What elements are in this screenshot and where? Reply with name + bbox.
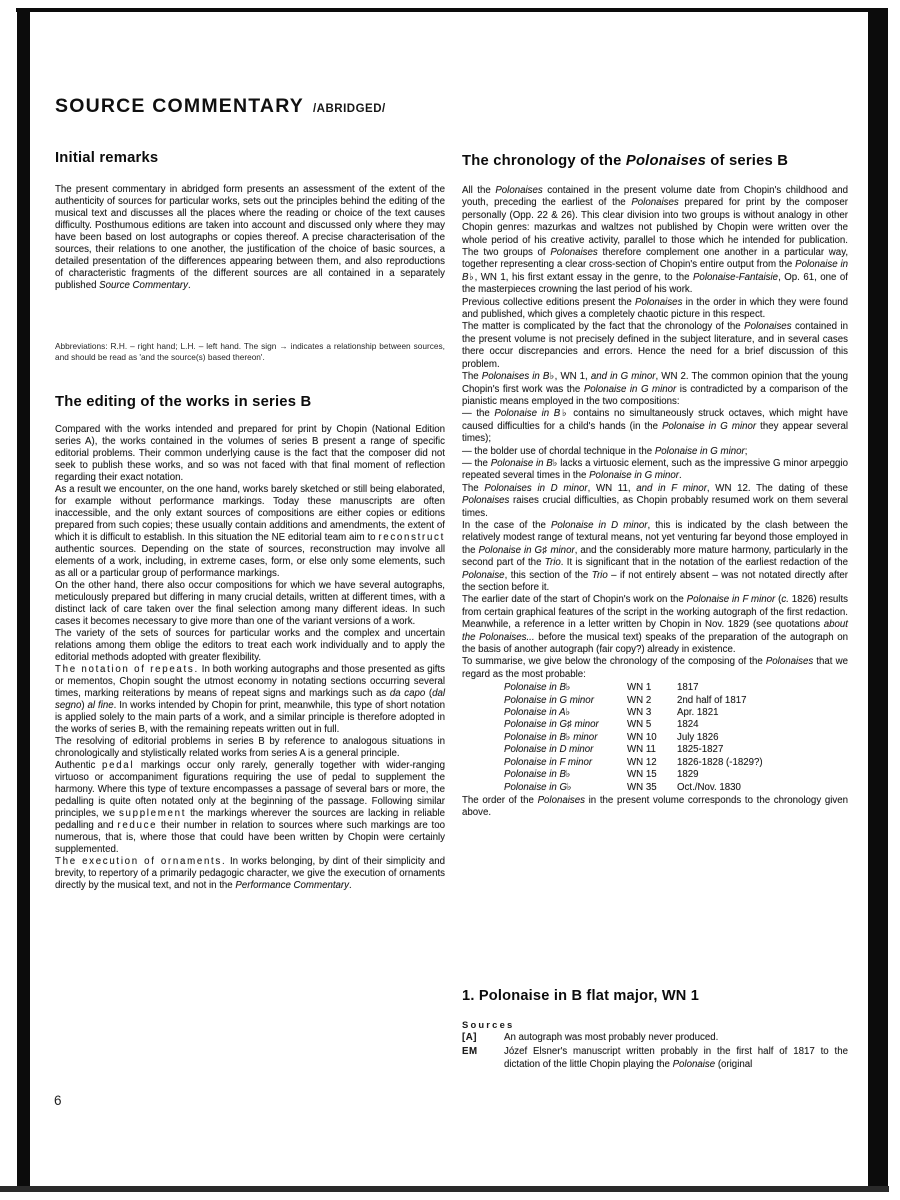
wn-number: WN 12 — [627, 757, 677, 769]
editing-paragraph: On the other hand, there also occur comp… — [55, 580, 445, 628]
chronology-list-row: Polonaise in G♭WN 35Oct./Nov. 1830 — [504, 782, 848, 794]
chronology-list-row: Polonaise in B♭WN 11817 — [504, 682, 848, 694]
scan-border-right — [868, 8, 888, 1188]
editing-paragraph: The resolving of editorial problems in s… — [55, 736, 445, 760]
editing-body: Compared with the works intended and pre… — [55, 424, 445, 892]
chronology-list-row: Polonaise in D minorWN 111825-1827 — [504, 744, 848, 756]
chronology-paragraph: — the Polonaise in B♭ lacks a virtuosic … — [462, 458, 848, 483]
polonaise-title: Polonaise in G♭ — [504, 782, 627, 794]
composition-date: 1824 — [677, 719, 848, 731]
wn-number: WN 15 — [627, 769, 677, 781]
editing-paragraph: The notation of repeats. In both working… — [55, 664, 445, 736]
chronology-paragraph: Previous collective editions present the… — [462, 297, 848, 322]
document-title-text: SOURCE COMMENTARY — [55, 95, 304, 117]
composition-date: 1817 — [677, 682, 848, 694]
editing-paragraph: Authentic pedal markings occur only rare… — [55, 760, 445, 856]
chronology-list-row: Polonaise in G minorWN 22nd half of 1817 — [504, 695, 848, 707]
polonaise-title: Polonaise in D minor — [504, 744, 627, 756]
abbreviations-note: Abbreviations: R.H. – right hand; L.H. –… — [55, 341, 445, 362]
editing-paragraph: The execution of ornaments. In works bel… — [55, 856, 445, 892]
chronology-paragraph: The earlier date of the start of Chopin'… — [462, 594, 848, 656]
composition-date: 2nd half of 1817 — [677, 695, 848, 707]
chronology-paragraph: The matter is complicated by the fact th… — [462, 321, 848, 371]
wn-number: WN 35 — [627, 782, 677, 794]
wn-number: WN 3 — [627, 707, 677, 719]
editing-paragraph: The variety of the sets of sources for p… — [55, 628, 445, 664]
chronology-list-row: Polonaise in F minorWN 121826-1828 (-182… — [504, 757, 848, 769]
wn-number: WN 10 — [627, 732, 677, 744]
document-title-suffix: /ABRIDGED/ — [313, 103, 386, 115]
source-entry: [A]An autograph was most probably never … — [462, 1032, 848, 1044]
polonaise-title: Polonaise in B♭ — [504, 769, 627, 781]
source-entry: EMJózef Elsner's manuscript written prob… — [462, 1046, 848, 1071]
section-polonaise-bflat-wn1: 1. Polonaise in B flat major, WN 1 Sourc… — [462, 988, 848, 1071]
composition-date: Oct./Nov. 1830 — [677, 782, 848, 794]
chronology-list-row: Polonaise in G♯ minorWN 51824 — [504, 719, 848, 731]
wn-number: WN 11 — [627, 744, 677, 756]
initial-remarks-paragraph: The present commentary in abridged form … — [55, 184, 445, 292]
polonaise-title: Polonaise in F minor — [504, 757, 627, 769]
polonaise-title: Polonaise in A♭ — [504, 707, 627, 719]
chronology-paragraph: The Polonaises in D minor, WN 11, and in… — [462, 483, 848, 520]
heading-initial-remarks: Initial remarks — [55, 150, 445, 166]
chronology-paragraph: — the Polonaise in B♭ contains no simult… — [462, 408, 848, 445]
wn-number: WN 2 — [627, 695, 677, 707]
polonaise-title: Polonaise in B♭ minor — [504, 732, 627, 744]
composition-date: 1826-1828 (-1829?) — [677, 757, 848, 769]
sources-label: Sources — [462, 1019, 848, 1030]
chronology-paragraph: In the case of the Polonaise in D minor,… — [462, 520, 848, 594]
document-title: SOURCE COMMENTARY/ABRIDGED/ — [55, 95, 386, 118]
chronology-paragraph: The Polonaises in B♭, WN 1, and in G min… — [462, 371, 848, 408]
composition-date: July 1826 — [677, 732, 848, 744]
source-description: Józef Elsner's manuscript written probab… — [504, 1046, 848, 1071]
chronology-closing: The order of the Polonaises in the prese… — [462, 795, 848, 820]
chronology-list-row: Polonaise in B♭WN 151829 — [504, 769, 848, 781]
wn-number: WN 1 — [627, 682, 677, 694]
heading-editing-series-b: The editing of the works in series B — [55, 394, 445, 410]
chronology-list-row: Polonaise in A♭WN 3Apr. 1821 — [504, 707, 848, 719]
source-siglum: EM — [462, 1046, 504, 1071]
composition-date: Apr. 1821 — [677, 707, 848, 719]
chronology-list-row: Polonaise in B♭ minorWN 10July 1826 — [504, 732, 848, 744]
chronology-paragraph: All the Polonaises contained in the pres… — [462, 185, 848, 297]
polonaise-title: Polonaise in G♯ minor — [504, 719, 627, 731]
scan-border-left — [17, 8, 30, 1188]
chronology-paragraph: — the bolder use of chordal technique in… — [462, 446, 848, 458]
heading-polonaise-bflat: 1. Polonaise in B flat major, WN 1 — [462, 988, 848, 1004]
scan-border-top — [16, 8, 888, 12]
polonaise-title: Polonaise in G minor — [504, 695, 627, 707]
page-number: 6 — [54, 1093, 62, 1108]
chronology-body: All the Polonaises contained in the pres… — [462, 185, 848, 820]
editing-paragraph: As a result we encounter, on the one han… — [55, 484, 445, 580]
heading-chronology: The chronology of the Polonaises of seri… — [462, 153, 854, 169]
composition-date: 1825-1827 — [677, 744, 848, 756]
source-description: An autograph was most probably never pro… — [504, 1032, 848, 1044]
scan-border-bottom — [0, 1186, 889, 1192]
source-siglum: [A] — [462, 1032, 504, 1044]
wn-number: WN 5 — [627, 719, 677, 731]
polonaise-title: Polonaise in B♭ — [504, 682, 627, 694]
polonaise-chronology-list: Polonaise in B♭WN 11817 Polonaise in G m… — [504, 682, 848, 794]
composition-date: 1829 — [677, 769, 848, 781]
chronology-paragraph: To summarise, we give below the chronolo… — [462, 656, 848, 681]
editing-paragraph: Compared with the works intended and pre… — [55, 424, 445, 484]
